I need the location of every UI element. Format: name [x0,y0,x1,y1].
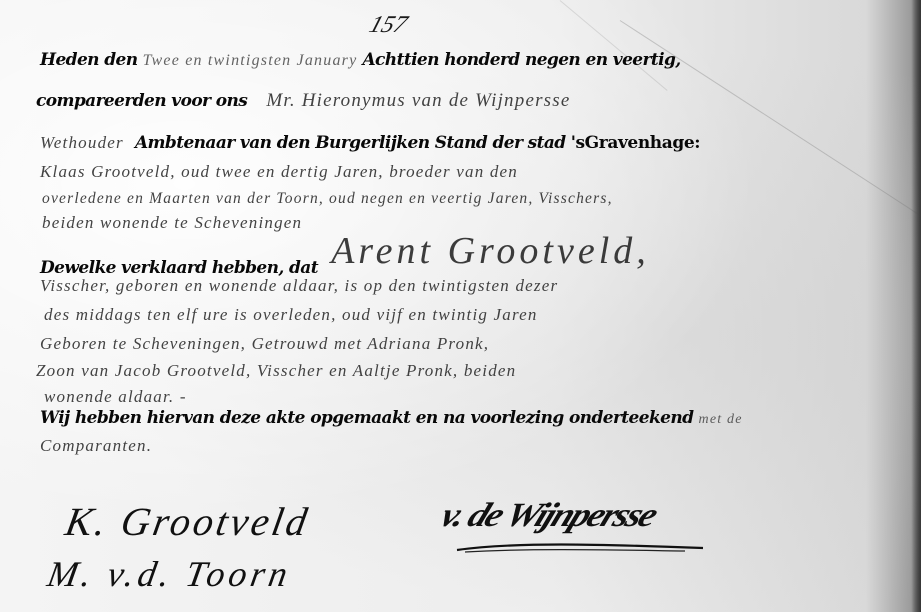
printed-text: compareerden voor ons [36,91,247,111]
printed-year: Achttien honderd negen en veertig, [362,50,680,70]
printed-city: 'sGravenhage: [571,133,700,153]
record-line-6: beiden wonende te Scheveningen [42,214,302,231]
record-line-10: Geboren te Scheveningen, Getrouwd met Ad… [40,335,489,352]
handwritten-parents-residence: wonende aldaar. - [44,387,187,406]
handwritten-witness-2: overledene en Maarten van der Toorn, oud… [42,190,613,207]
record-line-14: Comparanten. [40,437,152,454]
record-line-11: Zoon van Jacob Grootveld, Visscher en Aa… [36,362,516,379]
handwritten-witness-1: Klaas Grootveld, oud twee en dertig Jare… [40,162,518,181]
handwritten-death-time: des middags ten elf ure is overleden, ou… [44,305,538,324]
signature-witness-1: K. Grootveld [62,498,314,545]
record-line-4: Klaas Grootveld, oud twee en dertig Jare… [40,163,518,180]
scanned-register-page: 157 Heden den Twee en twintigsten Januar… [0,0,921,612]
signature-witness-2: M. v.d. Toorn [44,553,294,595]
printed-closing-text: Wij hebben hiervan deze akte opgemaakt e… [40,408,693,428]
folio-number: 157 [366,12,411,39]
printed-text: Heden den [40,50,138,70]
record-line-12: wonende aldaar. - [44,388,187,405]
handwritten-occupation: Visscher, geboren en wonende aldaar, is … [40,276,558,295]
record-line-13: Wij hebben hiervan deze akte opgemaakt e… [40,410,743,427]
signature-flourish [455,540,705,554]
printed-text: Ambtenaar van den Burgerlijken Stand der… [135,133,566,153]
printed-text: Dewelke verklaard hebben, dat [40,258,318,278]
handwritten-comparants: Comparanten. [40,436,152,455]
scan-edge-shadow [911,0,921,612]
record-line-5: overledene en Maarten van der Toorn, oud… [42,190,613,207]
record-line-7: Dewelke verklaard hebben, dat Arent Groo… [40,232,650,270]
handwritten-title: Wethouder [40,133,124,152]
record-line-1: Heden den Twee en twintigsten January Ac… [40,52,681,69]
handwritten-closing: met de [699,412,743,427]
handwritten-parents: Zoon van Jacob Grootveld, Visscher en Aa… [36,361,516,380]
handwritten-official-name: Mr. Hieronymus van de Wijnpersse [266,90,570,111]
handwritten-deceased-name: Arent Grootveld, [331,230,650,272]
paper-crease [560,0,668,91]
handwritten-residence: beiden wonende te Scheveningen [42,213,302,232]
record-line-3: Wethouder Ambtenaar van den Burgerlijken… [40,134,700,152]
signature-registrar: v. de Wijnpersse [435,497,662,535]
record-line-9: des middags ten elf ure is overleden, ou… [44,306,538,323]
record-line-2: compareerden voor ons Mr. Hieronymus van… [36,91,571,110]
record-line-8: Visscher, geboren en wonende aldaar, is … [40,277,558,294]
handwritten-date: Twee en twintigsten January [143,52,358,69]
handwritten-birth-marriage: Geboren te Scheveningen, Getrouwd met Ad… [40,334,489,353]
